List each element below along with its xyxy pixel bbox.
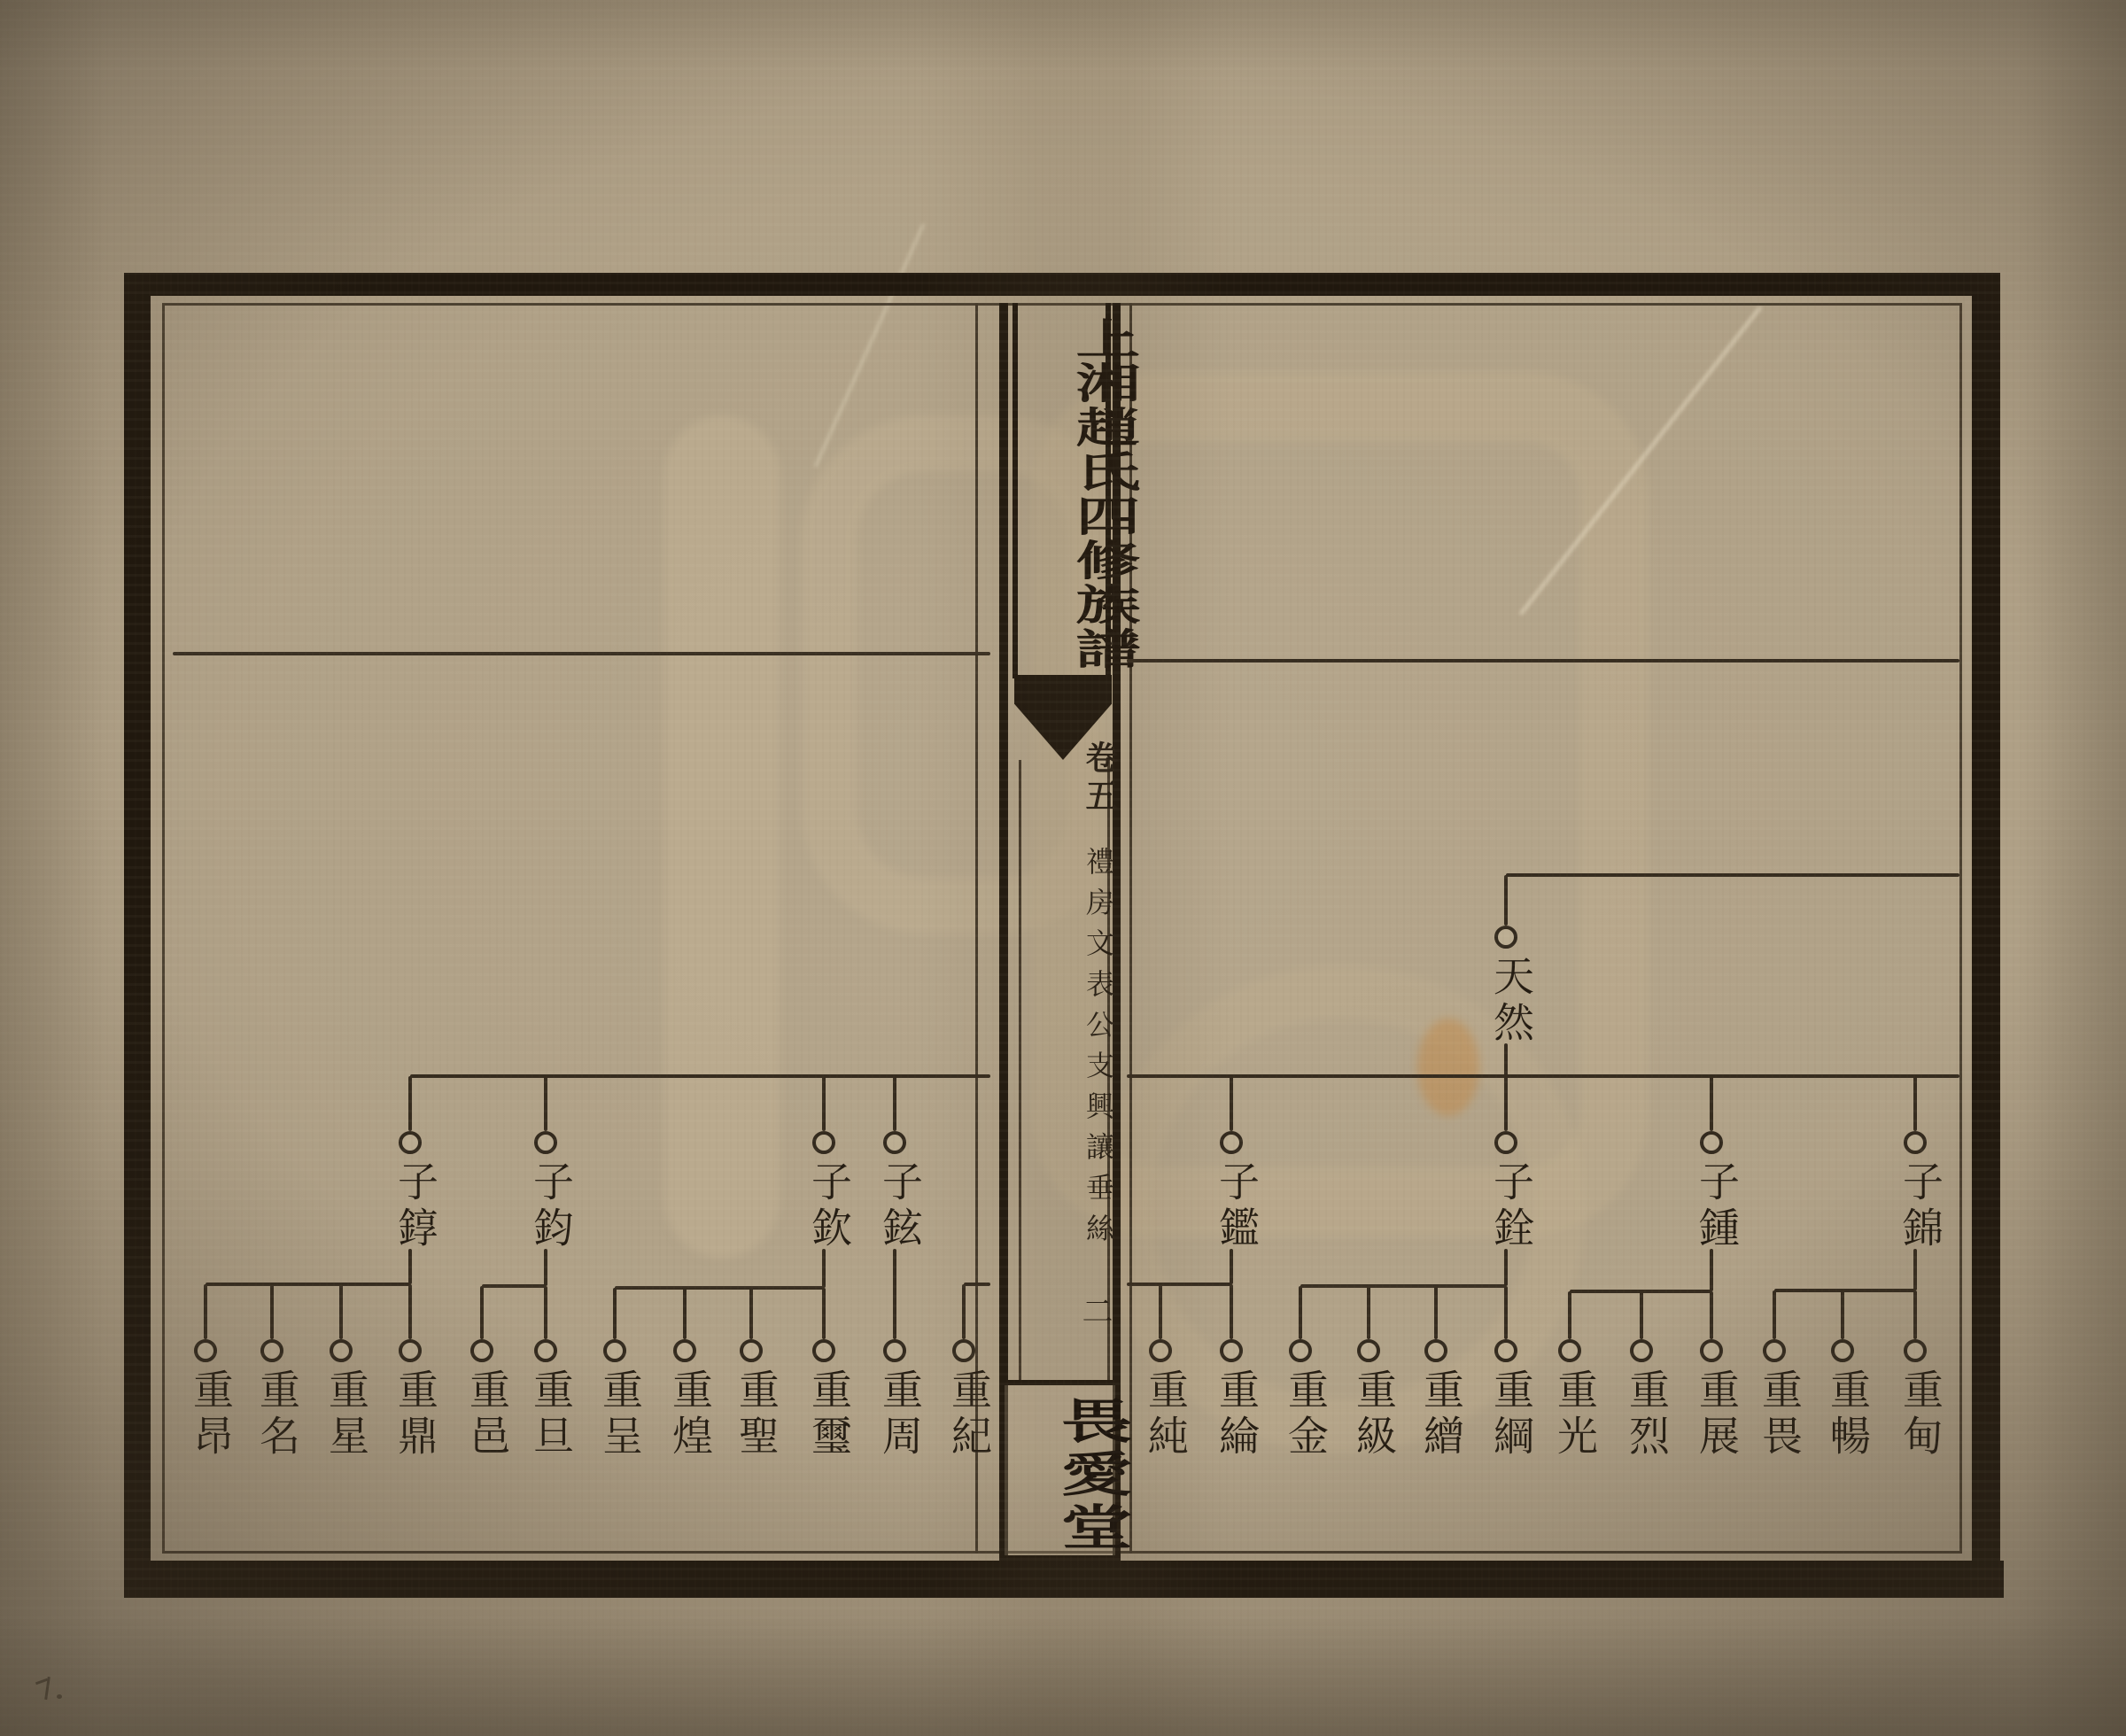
tree-drop-line: [822, 1288, 826, 1339]
gen2-circle: [883, 1131, 906, 1154]
gen3-circle: [1904, 1339, 1927, 1362]
tree-drop-line: [1640, 1291, 1643, 1339]
root-to-children-line: [1504, 1043, 1508, 1076]
gen2-name: 子鈞: [521, 1160, 570, 1252]
tree-drop-line: [1504, 1076, 1508, 1131]
gen3-name: 重呈: [590, 1368, 640, 1461]
gen3-name: 重邑: [457, 1368, 507, 1461]
gen3-circle: [673, 1339, 696, 1362]
gen2-to-children-line: [408, 1249, 412, 1284]
gen2-circle: [1220, 1131, 1243, 1154]
gen3-circle: [1357, 1339, 1380, 1362]
gen2-circle: [1904, 1131, 1927, 1154]
gen2-name: 子鍾: [1687, 1160, 1736, 1252]
gen3-circle: [1558, 1339, 1581, 1362]
gen3-circle: [812, 1339, 835, 1362]
gen3-circle: [534, 1339, 557, 1362]
gen3-name: 重名: [247, 1368, 297, 1461]
gen3-name: 重旦: [521, 1368, 570, 1461]
gen2-sibling-line: [1127, 1074, 1959, 1078]
gen3-name: 重聖: [726, 1368, 776, 1461]
gen2-circle: [1494, 1131, 1517, 1154]
gen2-to-child-line: [893, 1249, 896, 1339]
gen3-circle: [1289, 1339, 1312, 1362]
tree-drop-line: [962, 1284, 966, 1339]
gen3-circle: [470, 1339, 493, 1362]
generation-rule-line: [1127, 659, 1959, 663]
gen3-circle: [399, 1339, 422, 1362]
gen3-name: 重煌: [660, 1368, 710, 1461]
root-circle: [1494, 926, 1517, 949]
gen2-circle: [399, 1131, 422, 1154]
gen3-name: 重畏: [1750, 1368, 1799, 1461]
gen3-name: 重綱: [1481, 1368, 1531, 1461]
tree-drop-line: [544, 1076, 547, 1131]
gen3-circle: [194, 1339, 217, 1362]
root-name: 天然: [1481, 955, 1531, 1047]
gen2-circle: [1700, 1131, 1723, 1154]
descent-chart: 天然子錞重昂重名重星重鼎子鈞重邑重旦子欽重呈重煌重聖重璽子鉉重周子鑑重紀重純重綸…: [0, 0, 2126, 1736]
gen2-to-children-line: [1913, 1249, 1917, 1290]
gen3-sibling-line: [482, 1284, 546, 1288]
gen3-name: 重烈: [1617, 1368, 1666, 1461]
genealogy-book-scan: 上湘趙氏四修族譜 卷五 禮房文表公支興讓垂絲 二 畏愛堂 天然子錞重昂重名重星重…: [0, 0, 2126, 1736]
gen3-name: 重綸: [1207, 1368, 1256, 1461]
gen3-name: 重暢: [1818, 1368, 1867, 1461]
tree-drop-line: [270, 1284, 274, 1339]
generation-rule-line: [173, 652, 990, 655]
gen3-name: 重璽: [799, 1368, 849, 1461]
gen3-sibling-line: [1774, 1289, 1915, 1292]
gen3-name: 重繒: [1411, 1368, 1461, 1461]
tree-drop-line: [1159, 1284, 1162, 1339]
gen3-name: 重光: [1545, 1368, 1594, 1461]
gen3-sibling-line: [615, 1286, 824, 1290]
tree-drop-line: [408, 1076, 412, 1131]
margin-scribble: [34, 1677, 64, 1703]
tree-drop-line: [893, 1076, 896, 1131]
tree-drop-line: [1710, 1076, 1713, 1131]
gen3-circle: [1763, 1339, 1786, 1362]
tree-drop-line: [339, 1284, 343, 1339]
tree-drop-line: [544, 1286, 547, 1339]
tree-drop-line: [1299, 1286, 1302, 1339]
gen3-circle: [603, 1339, 626, 1362]
tree-drop-line: [1230, 1284, 1233, 1339]
gen3-circle: [740, 1339, 763, 1362]
gen2-circle: [812, 1131, 835, 1154]
gen3-name: 重甸: [1890, 1368, 1940, 1461]
gen2-to-children-line: [1710, 1249, 1713, 1291]
gen2-name: 子鉉: [870, 1160, 919, 1252]
gen2-name: 子鑑: [1207, 1160, 1256, 1252]
tree-drop-line: [613, 1288, 617, 1339]
gen3-name: 重周: [870, 1368, 919, 1461]
gen3-circle: [1700, 1339, 1723, 1362]
gen2-to-children-line: [1230, 1249, 1233, 1284]
gen3-circle: [1831, 1339, 1854, 1362]
gen2-name: 子錦: [1890, 1160, 1940, 1252]
gen3-sibling-line: [206, 1283, 410, 1286]
gen3-name: 重昂: [181, 1368, 230, 1461]
gen3-circle: [1424, 1339, 1447, 1362]
tree-drop-line: [1710, 1291, 1713, 1339]
gen3-name: 重純: [1136, 1368, 1185, 1461]
gen2-to-children-line: [822, 1249, 826, 1288]
tree-drop-line: [1773, 1290, 1776, 1339]
gen3-name: 重鼎: [385, 1368, 435, 1461]
gen3-circle: [1220, 1339, 1243, 1362]
gen2-to-children-line: [1504, 1249, 1508, 1286]
tree-drop-line: [749, 1288, 753, 1339]
gen2-name: 子欽: [799, 1160, 849, 1252]
gen3-circle: [1630, 1339, 1653, 1362]
gen3-circle: [952, 1339, 975, 1362]
tree-drop-line: [1504, 1286, 1508, 1339]
gen3-circle: [1494, 1339, 1517, 1362]
gen3-circle: [330, 1339, 353, 1362]
tree-drop-line: [480, 1286, 484, 1339]
gen3-circle: [1149, 1339, 1172, 1362]
tree-drop-line: [1841, 1290, 1844, 1339]
gen3-circle: [260, 1339, 283, 1362]
gen3-sibling-line: [1127, 1283, 1231, 1286]
gen3-circle: [883, 1339, 906, 1362]
tree-drop-line: [1367, 1286, 1370, 1339]
tree-drop-line: [1913, 1290, 1917, 1339]
gen3-name: 重星: [316, 1368, 366, 1461]
tree-drop-line: [1568, 1291, 1571, 1339]
tree-drop-line: [1230, 1076, 1233, 1131]
gen3-name: 重展: [1687, 1368, 1736, 1461]
root-entry-line: [1506, 873, 1959, 877]
gen3-sibling-line: [964, 1283, 990, 1286]
tree-drop-line: [1913, 1076, 1917, 1131]
gen3-sibling-line: [1300, 1284, 1506, 1288]
gen3-name: 重級: [1344, 1368, 1393, 1461]
gen2-circle: [534, 1131, 557, 1154]
gen2-to-children-line: [544, 1249, 547, 1286]
gen3-name: 重金: [1276, 1368, 1325, 1461]
gen2-name: 子銓: [1481, 1160, 1531, 1252]
tree-drop-line: [204, 1284, 207, 1339]
gen2-name: 子錞: [385, 1160, 435, 1252]
tree-drop-line: [408, 1284, 412, 1339]
tree-drop-line: [1434, 1286, 1438, 1339]
gen3-name: 重紀: [939, 1368, 989, 1461]
gen2-sibling-line: [410, 1074, 990, 1078]
root-drop-line: [1504, 875, 1508, 926]
tree-drop-line: [683, 1288, 687, 1339]
tree-drop-line: [822, 1076, 826, 1131]
